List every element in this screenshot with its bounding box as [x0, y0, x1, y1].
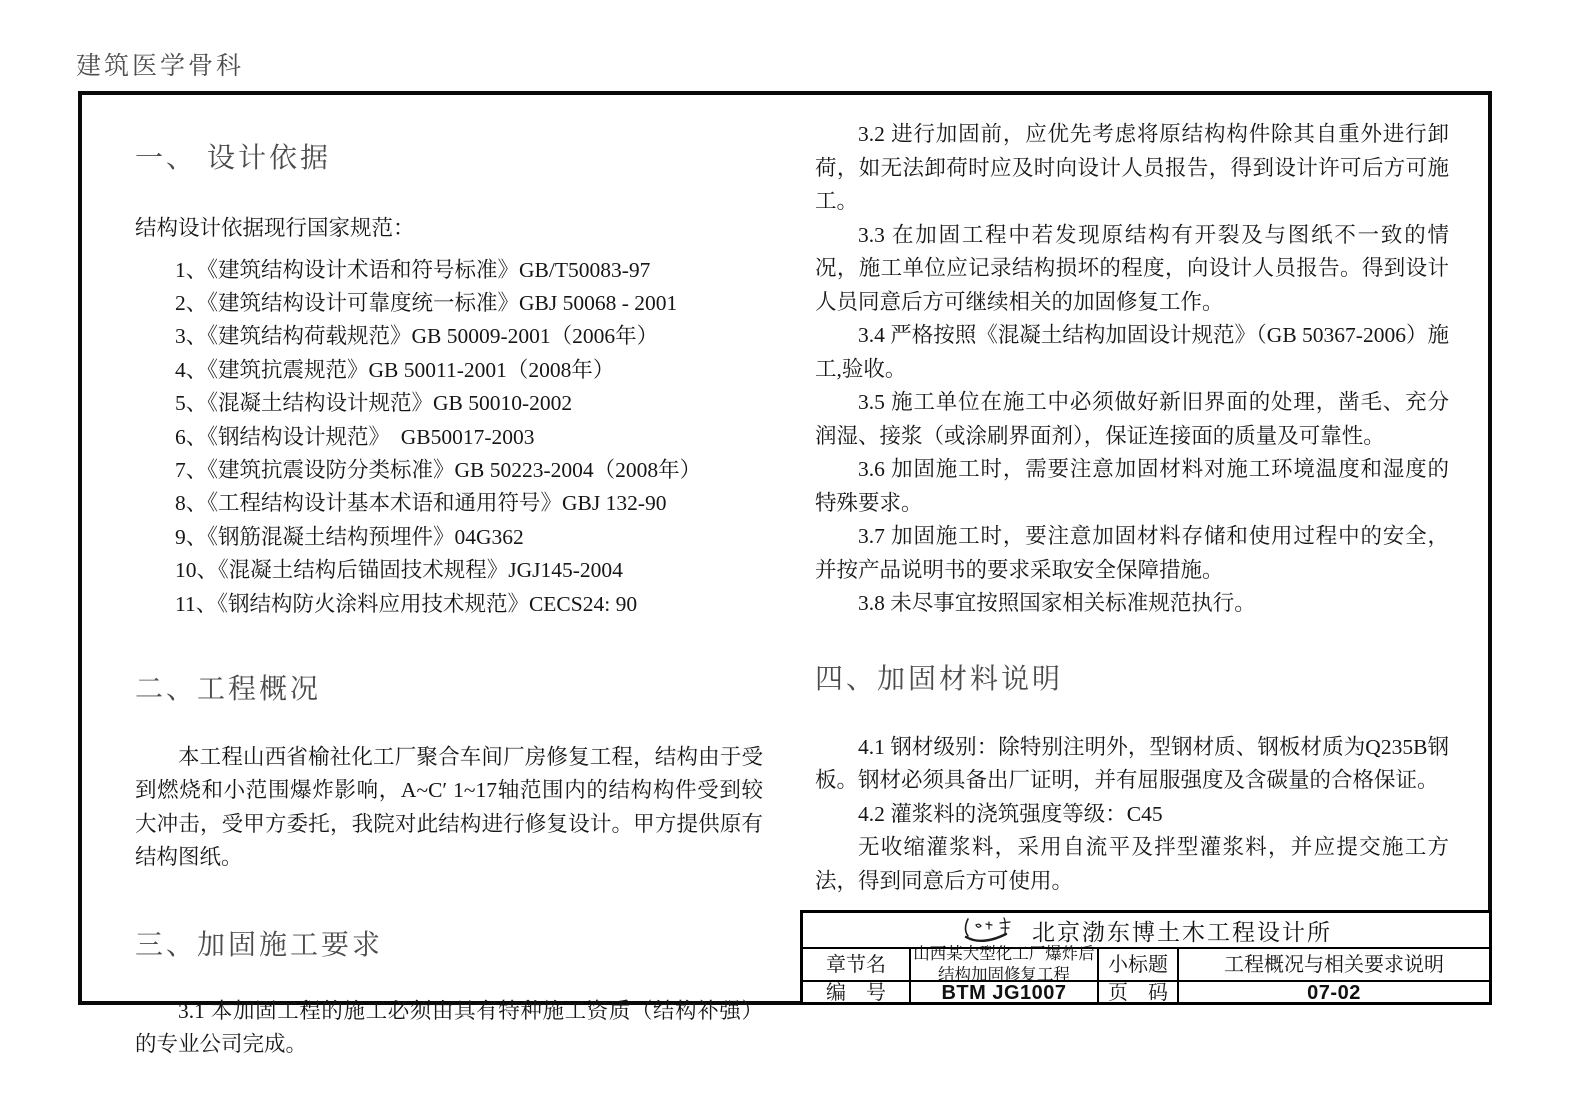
list-item: 1、《建筑结构设计术语和符号标准》GB/T50083-97	[175, 254, 763, 287]
code-value-cell: BTM JG1007	[909, 980, 1097, 1004]
chapter-name-cell: 山西某大型化工厂爆炸后 结构加固修复工程	[909, 947, 1097, 980]
page-watermark-text: 建筑医学骨科	[76, 46, 244, 82]
paragraph-3-7: 3.7 加固施工时，要注意加固材料存储和使用过程中的安全，并按产品说明书的要求采…	[815, 520, 1449, 587]
chapter-label-cell: 章节名	[803, 947, 909, 980]
paragraph-4-1: 4.1 钢材级别：除特别注明外，型钢材质、钢板材质为Q235B钢板。钢材必须具备…	[815, 731, 1449, 798]
title-block-company-row: 北京渤东博土木工程设计所	[803, 913, 1489, 947]
subtitle-value-cell: 工程概况与相关要求说明	[1177, 947, 1489, 980]
paragraph-3-8: 3.8 未尽事宜按照国家相关标准规范执行。	[815, 587, 1449, 621]
paragraph-3-1: 3.1 本加固工程的施工必须由具有特种施工资质（结构补强）的专业公司完成。	[135, 995, 763, 1062]
subtitle-label-cell: 小标题	[1097, 947, 1177, 980]
list-item: 9、《钢筋混凝土结构预埋件》04G362	[175, 521, 763, 554]
paragraph-3-2: 3.2 进行加固前，应优先考虑将原结构构件除其自重外进行卸荷，如无法卸荷时应及时…	[815, 118, 1449, 219]
list-item: 2、《建筑结构设计可靠度统一标准》GBJ 50068 - 2001	[175, 287, 763, 320]
code-label-cell: 编 号	[803, 980, 909, 1004]
section-4-heading: 四、加固材料说明	[815, 657, 1449, 697]
chapter-name-line1: 山西某大型化工厂爆炸后	[913, 944, 1095, 965]
paragraph-3-4: 3.4 严格按照《混凝土结构加固设计规范》（GB 50367-2006）施工,验…	[815, 319, 1449, 386]
list-item: 7、《建筑抗震设防分类标准》GB 50223-2004（2008年）	[175, 454, 763, 487]
list-item: 10、《混凝土结构后锚固技术规程》JGJ145-2004	[175, 554, 763, 587]
section-1-heading: 一、 设计依据	[135, 136, 763, 176]
list-item: 3、《建筑结构荷载规范》GB 50009-2001（2006年）	[175, 320, 763, 353]
list-item: 4、《建筑抗震规范》GB 50011-2001（2008年）	[175, 354, 763, 387]
scanned-document-page: { "page": { "watermark": "建筑医学骨科" }, "le…	[0, 0, 1571, 1098]
paragraph-3-5: 3.5 施工单位在施工中必须做好新旧界面的处理，凿毛、充分润湿、接浆（或涂刷界面…	[815, 386, 1449, 453]
paragraph-3-6: 3.6 加固施工时，需要注意加固材料对施工环境温度和湿度的特殊要求。	[815, 453, 1449, 520]
list-item: 5、《混凝土结构设计规范》GB 50010-2002	[175, 387, 763, 420]
section-3-heading: 三、加固施工要求	[135, 923, 763, 963]
standards-list: 1、《建筑结构设计术语和符号标准》GB/T50083-97 2、《建筑结构设计可…	[135, 254, 763, 621]
company-brush-signature-icon	[960, 915, 1018, 945]
page-label-cell: 页 码	[1097, 980, 1177, 1004]
design-basis-intro: 结构设计依据现行国家规范：	[135, 212, 763, 246]
company-name: 北京渤东博土木工程设计所	[1032, 914, 1332, 947]
page-value-cell: 07-02	[1177, 980, 1489, 1004]
project-overview-paragraph: 本工程山西省榆社化工厂聚合车间厂房修复工程，结构由于受到燃烧和小范围爆炸影响，A…	[135, 741, 763, 875]
list-item: 6、《钢结构设计规范》 GB50017-2003	[175, 421, 763, 454]
paragraph-4-2-note: 无收缩灌浆料，采用自流平及拌型灌浆料，并应提交施工方法，得到同意后方可使用。	[815, 831, 1449, 898]
paragraph-3-3: 3.3 在加固工程中若发现原结构有开裂及与图纸不一致的情况，施工单位应记录结构损…	[815, 219, 1449, 320]
left-text-column: 一、 设计依据 结构设计依据现行国家规范： 1、《建筑结构设计术语和符号标准》G…	[135, 118, 763, 1062]
list-item: 8、《工程结构设计基本术语和通用符号》GBJ 132-90	[175, 487, 763, 520]
right-text-column: 3.2 进行加固前，应优先考虑将原结构构件除其自重外进行卸荷，如无法卸荷时应及时…	[815, 118, 1449, 898]
list-item: 11、《钢结构防火涂料应用技术规范》CECS24: 90	[175, 588, 763, 621]
paragraph-4-2: 4.2 灌浆料的浇筑强度等级：C45	[815, 798, 1449, 832]
title-block-grid: 章节名 山西某大型化工厂爆炸后 结构加固修复工程 小标题 工程概况与相关要求说明…	[803, 947, 1489, 1004]
title-block: 北京渤东博土木工程设计所 章节名 山西某大型化工厂爆炸后 结构加固修复工程 小标…	[800, 910, 1492, 1005]
section-2-heading: 二、工程概况	[135, 667, 763, 707]
